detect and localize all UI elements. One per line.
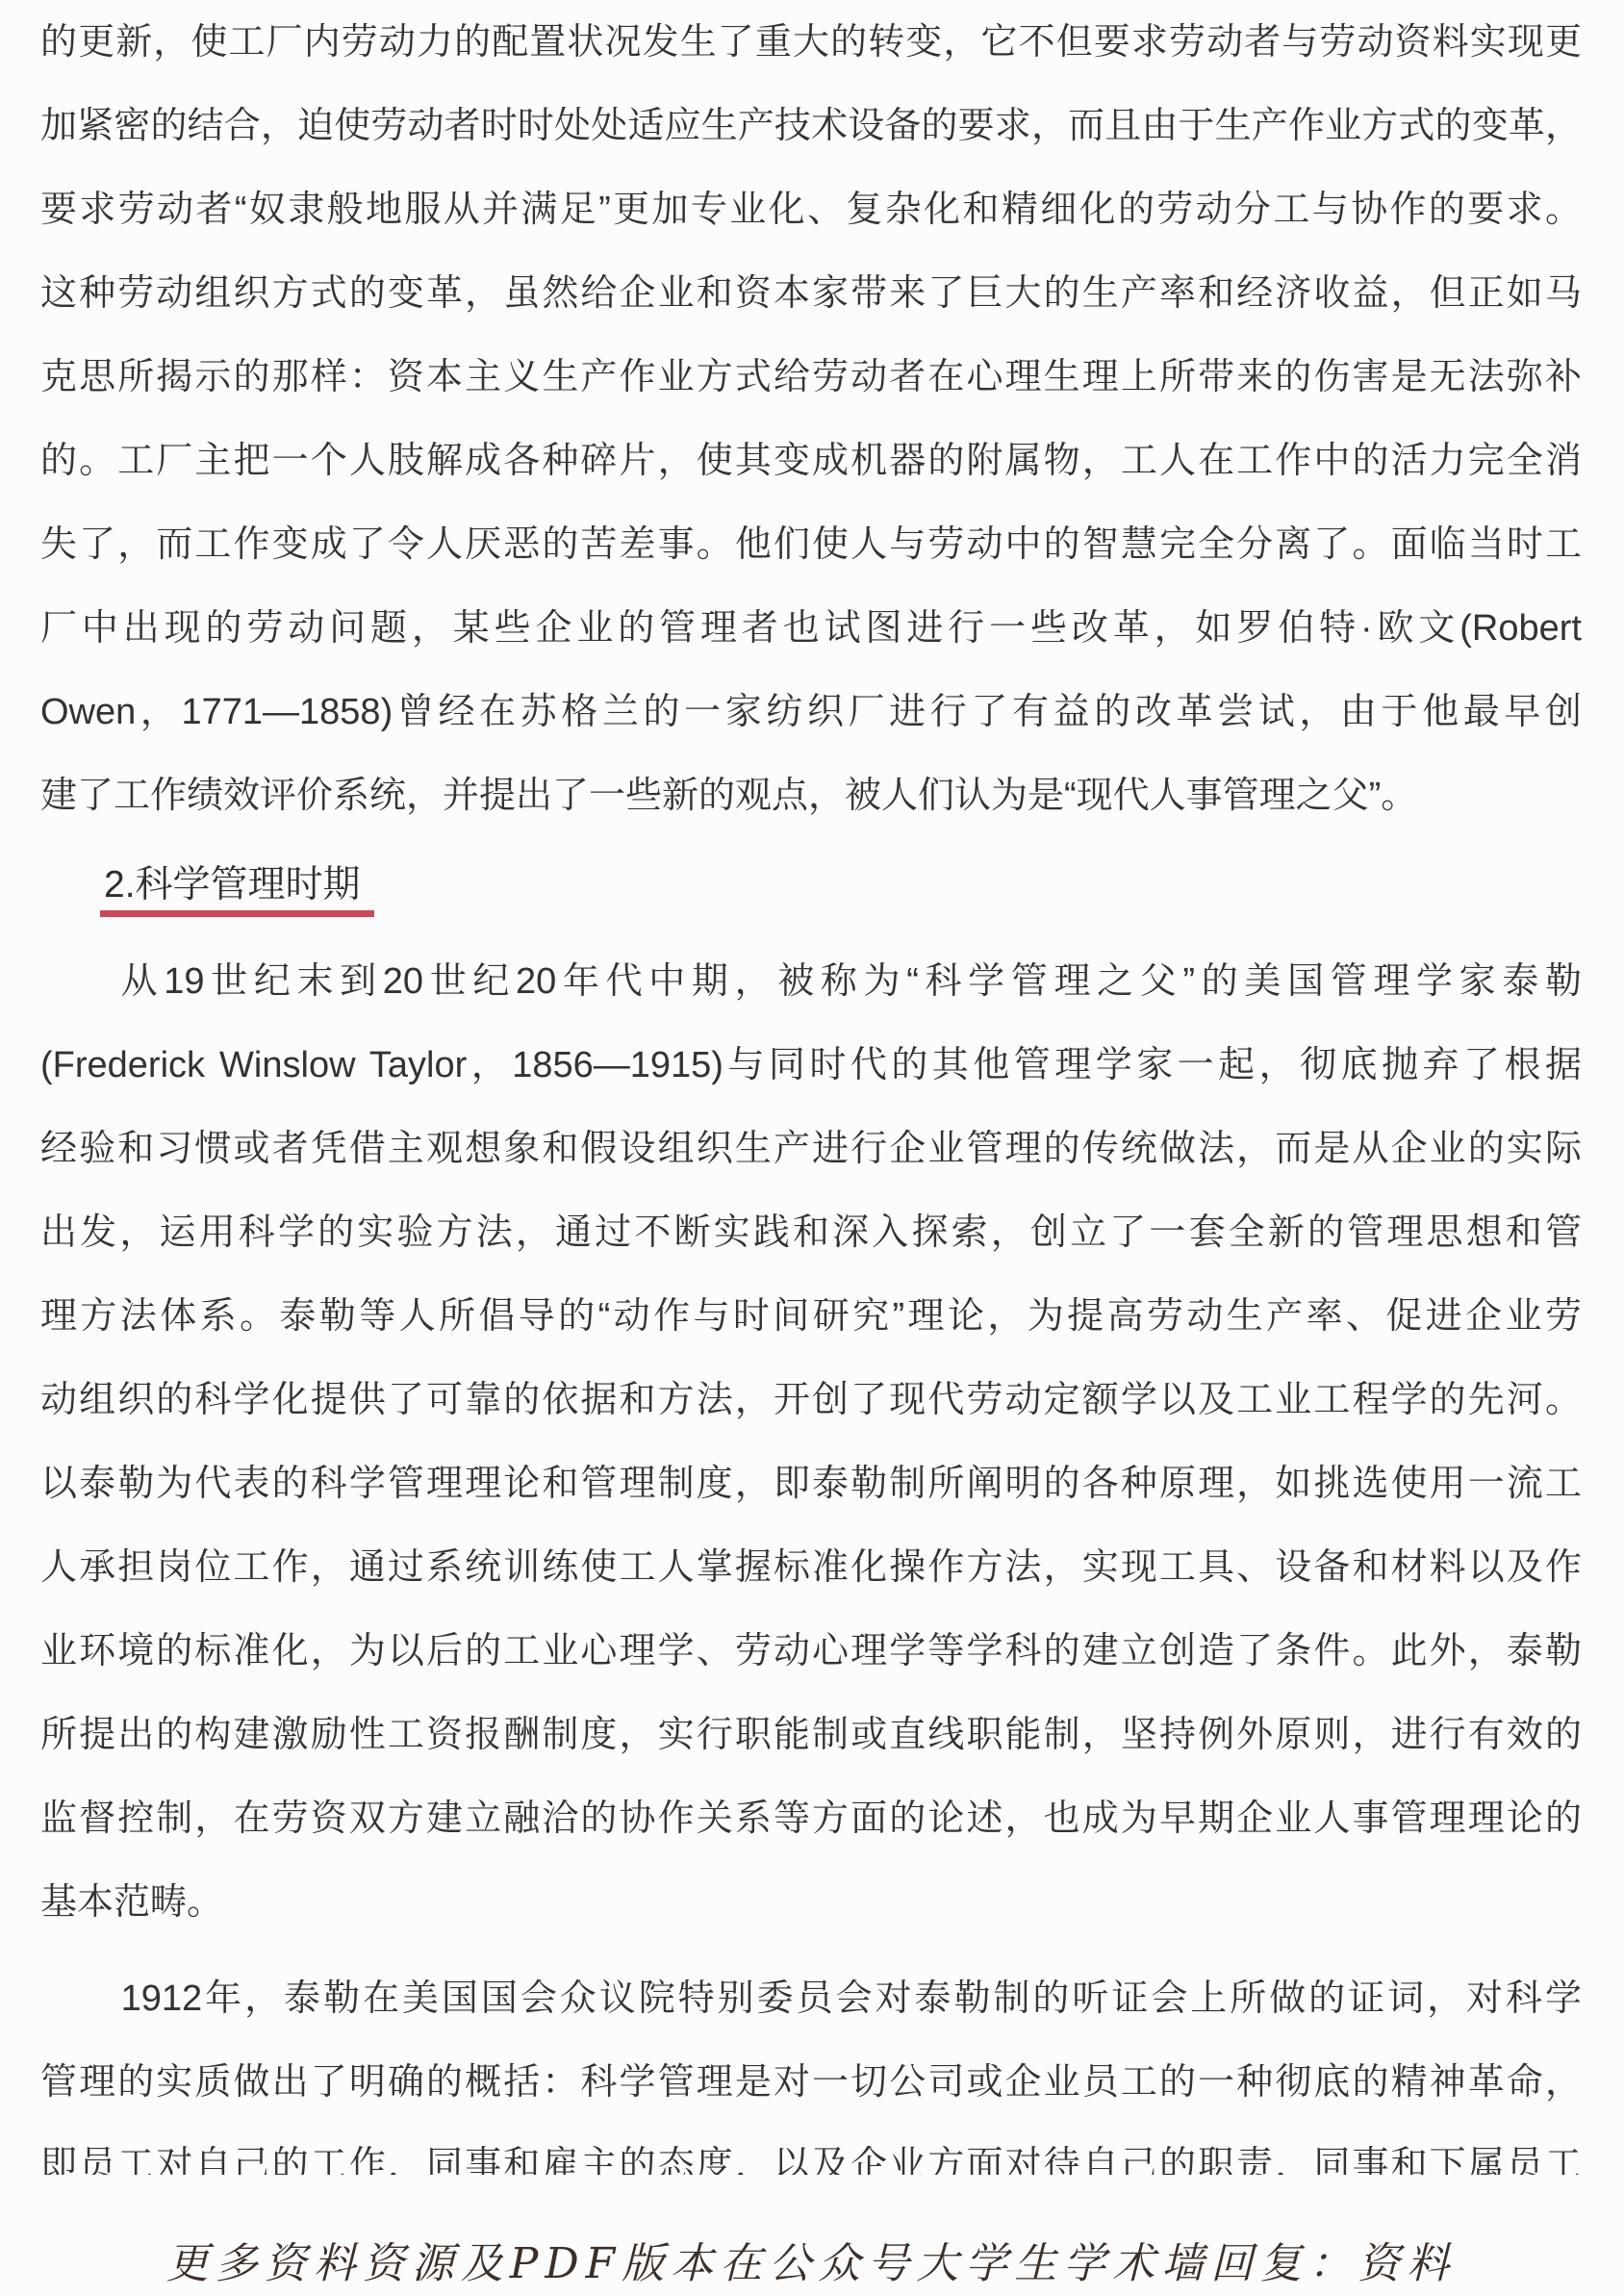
text-line: 所提出的构建激励性工资报酬制度，实行职能制或直线职能制，坚持例外原则，进行有效的: [40, 1694, 1582, 1777]
text-line: 以泰勒为代表的科学管理理论和管理制度，即泰勒制所阐明的各种原理，如挑选使用一流工: [40, 1442, 1582, 1526]
document-page: 的更新，使工厂内劳动力的配置状况发生了重大的转变，它不但要求劳动者与劳动资料实现…: [0, 0, 1624, 2296]
section-heading-row: 2.科学管理时期: [40, 863, 1582, 919]
text-line: 厂中出现的劳动问题，某些企业的管理者也试图进行一些改革，如罗伯特·欧文(Robe…: [40, 587, 1582, 671]
text-line: Owen，1771—1858)曾经在苏格兰的一家纺织厂进行了有益的改革尝试，由于…: [40, 671, 1582, 754]
text-line: 要求劳动者“奴隶般地服从并满足”更加专业化、复杂化和精细化的劳动分工与协作的要求…: [40, 168, 1582, 252]
text-line: 人承担岗位工作，通过系统训练使工人掌握标准化操作方法，实现工具、设备和材料以及作: [40, 1526, 1582, 1610]
text-line: 动组织的科学化提供了可靠的依据和方法，开创了现代劳动定额学以及工业工程学的先河。: [40, 1359, 1582, 1442]
text-line: 业环境的标准化，为以后的工业心理学、劳动心理学等学科的建立创造了条件。此外，泰勒: [40, 1610, 1582, 1694]
text-line: 的更新，使工厂内劳动力的配置状况发生了重大的转变，它不但要求劳动者与劳动资料实现…: [40, 1, 1582, 85]
text-line: 1912年，泰勒在美国国会众议院特别委员会对泰勒制的听证会上所做的证词，对科学: [40, 1957, 1582, 2041]
text-line: 理方法体系。泰勒等人所倡导的“动作与时间研究”理论，为提高劳动生产率、促进企业劳: [40, 1275, 1582, 1359]
cutoff-line-clip: 即员工对自己的工作，同事和雇主的态度，以及企业方面对待自己的职责，同事和下属员工: [40, 2146, 1582, 2175]
text-line: 管理的实质做出了明确的概括：科学管理是对一切公司或企业员工的一种彻底的精神革命，: [40, 2041, 1582, 2125]
text-line: 监督控制，在劳资双方建立融洽的协作关系等方面的论述，也成为早期企业人事管理理论的: [40, 1777, 1582, 1861]
paragraph-1: 的更新，使工厂内劳动力的配置状况发生了重大的转变，它不但要求劳动者与劳动资料实现…: [40, 1, 1582, 838]
text-line: 的。工厂主把一个人肢解成各种碎片，使其变成机器的附属物，工人在工作中的活力完全消: [40, 420, 1582, 503]
paragraph-3: 1912年，泰勒在美国国会众议院特别委员会对泰勒制的听证会上所做的证词，对科学 …: [40, 1957, 1582, 2125]
text-line: 加紧密的结合，迫使劳动者时时处处适应生产技术设备的要求，而且由于生产作业方式的变…: [40, 85, 1582, 168]
text-line: 建了工作绩效评价系统，并提出了一些新的观点，被人们认为是“现代人事管理之父”。: [40, 754, 1582, 838]
text-line: 经验和习惯或者凭借主观想象和假设组织生产进行企业管理的传统做法，而是从企业的实际: [40, 1108, 1582, 1191]
text-line: 从19世纪末到20世纪20年代中期，被称为“科学管理之父”的美国管理学家泰勒: [40, 940, 1582, 1024]
watermark-text: 更多资料资源及PDF版本在公众号大学生学术墙回复：资料: [40, 2229, 1582, 2290]
text-line: (Frederick Winslow Taylor，1856—1915)与同时代…: [40, 1024, 1582, 1108]
paragraph-2: 从19世纪末到20世纪20年代中期，被称为“科学管理之父”的美国管理学家泰勒 (…: [40, 940, 1582, 1945]
text-line: 克思所揭示的那样：资本主义生产作业方式给劳动者在心理生理上所带来的伤害是无法弥补: [40, 336, 1582, 420]
text-line: 这种劳动组织方式的变革，虽然给企业和资本家带来了巨大的生产率和经济收益，但正如马: [40, 252, 1582, 336]
cutoff-text-line: 即员工对自己的工作，同事和雇主的态度，以及企业方面对待自己的职责，同事和下属员工: [40, 2146, 1582, 2175]
text-line: 出发，运用科学的实验方法，通过不断实践和深入探索，创立了一套全新的管理思想和管: [40, 1191, 1582, 1275]
section-heading: 2.科学管理时期: [100, 863, 374, 917]
text-line: 基本范畴。: [40, 1861, 1582, 1945]
text-line: 失了，而工作变成了令人厌恶的苦差事。他们使人与劳动中的智慧完全分离了。面临当时工: [40, 503, 1582, 587]
